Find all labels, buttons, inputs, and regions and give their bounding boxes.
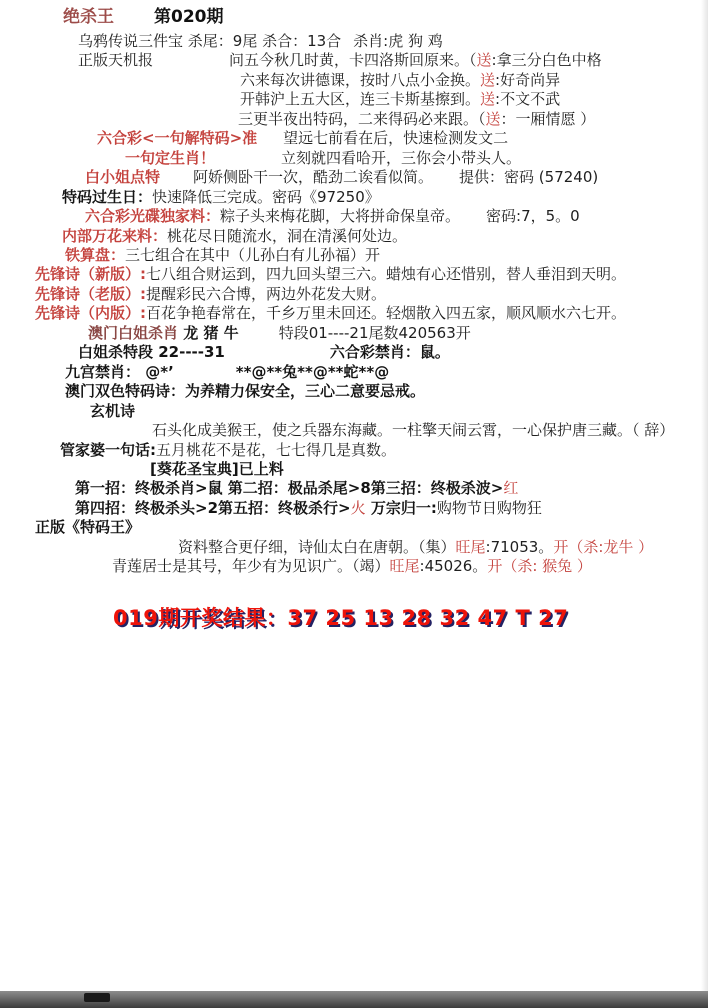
scan-edge-shadow: [701, 0, 708, 1008]
text-segment: 送: [480, 90, 495, 108]
text-segment: 送: [486, 110, 501, 128]
text-segment: 三七组合在其中（儿孙白有儿孙福）开: [125, 246, 380, 264]
text-segment: 开韩沪上五大区，连三卡斯基擦到。: [240, 90, 480, 108]
text-line: 特码过生日：快速降低三完成。密码《97250》: [0, 188, 708, 207]
text-segment: 提醒彩民六合博，两边外花发大财。: [146, 285, 386, 303]
text-segment: **@**兔**@**蛇**@: [236, 363, 389, 381]
text-segment: 正版《特码王》: [35, 518, 140, 536]
text-segment: 六合彩<一句解特码>准: [97, 129, 257, 147]
page-title: 绝杀王: [63, 7, 114, 27]
text-line: 先锋诗（新版）:七八组合财运到，四九回头望三六。蜡烛有心还惜别，替人垂泪到天明。: [0, 265, 708, 284]
text-segment: 为养精力保安全，三心二意要忌戒。: [185, 382, 425, 400]
text-line: 资料整合更仔细，诗仙太白在唐朝。（集）旺尾:71053。开（杀:龙牛 ）: [0, 538, 708, 557]
text-segment: 三更半夜出特码，二来得码必来跟。（: [238, 110, 486, 128]
text-segment: :拿三分白色中格: [492, 51, 602, 69]
text-segment: 杀肖:虎 狗 鸡: [353, 32, 443, 50]
text-segment: :71053。: [486, 538, 554, 556]
text-segment: ：一厢情愿 ）: [501, 110, 596, 128]
text-line: [葵花圣宝典]已上料: [0, 460, 708, 479]
text-line: 开韩沪上五大区，连三卡斯基擦到。送:不文不武: [0, 90, 708, 109]
text-segment: 石头化成美猴王，使之兵器东海藏。一柱擎天闹云霄，一心保护唐三藏。（ 辞）: [152, 421, 674, 439]
draw-result-text: 019期开奖结果：37 25 13 28 32 47 T 27: [113, 606, 568, 630]
text-segment: 购物节日购物狂: [437, 499, 542, 517]
text-line: 管家婆一句话:五月桃花不是花，七七得几是真数。: [0, 441, 708, 460]
text-segment: 正版天机报: [78, 51, 153, 69]
text-segment: 管家婆一句话:: [60, 441, 156, 459]
text-line: 白小姐点特阿娇侧卧干一次，酷劲二诶看似简。提供：密码 (57240): [0, 168, 708, 187]
text-line: 澳门双色特码诗：为养精力保安全，三心二意要忌戒。: [0, 382, 708, 401]
text-segment: 乌鸦传说三件宝 杀尾：9尾 杀合：13合: [78, 32, 341, 50]
text-segment: 密码:7，5。0: [486, 207, 580, 225]
text-line: 六来每次讲德课，按时八点小金换。送:好奇尚异: [0, 71, 708, 90]
spacer: [174, 376, 236, 377]
text-segment: 第一招：终极杀肖>鼠 第二招：极品杀尾>8第三招：终极杀波>: [75, 479, 503, 497]
text-segment: 桃花尽日随流水，洞在清溪何处边。: [167, 227, 407, 245]
text-line: 先锋诗（老版）:提醒彩民六合博，两边外花发大财。: [0, 285, 708, 304]
text-segment: 先锋诗（内版）:: [35, 304, 146, 322]
text-segment: 龙 猪 牛: [178, 324, 239, 342]
text-segment: 一句定生肖！: [125, 149, 215, 167]
scan-smudge: [84, 993, 110, 1002]
text-segment: 资料整合更仔细，诗仙太白在唐朝。（集）: [178, 538, 456, 556]
text-segment: 澳门双色特码诗：: [65, 382, 185, 400]
text-segment: 玄机诗: [90, 402, 135, 420]
footer-bar: [0, 991, 708, 1008]
spacer: [160, 181, 193, 182]
spacer: [239, 337, 279, 338]
text-line: 一句定生肖！立刻就四看哈开，三你会小带头人。: [0, 149, 708, 168]
text-segment: 先锋诗（老版）:: [35, 285, 146, 303]
text-segment: 六合彩光碟独家料：: [85, 207, 220, 225]
text-segment: 送: [480, 71, 495, 89]
spacer: [257, 142, 283, 143]
text-segment: :不文不武: [495, 90, 560, 108]
text-line: 青莲居士是其号，年少有为见识广。（竭）旺尾:45026。开（杀: 猴兔 ）: [0, 557, 708, 576]
text-segment: 白姐杀特段 22----31: [78, 343, 225, 361]
text-segment: 第四招：终极杀头>2第五招：终极杀行>: [75, 499, 351, 517]
text-segment: 白小姐点特: [85, 168, 160, 186]
text-segment: 望远七前看在后，快速检测发文二: [283, 129, 508, 147]
spacer: [460, 220, 486, 221]
text-segment: 七八组合财运到，四九回头望三六。蜡烛有心还惜别，替人垂泪到天明。: [146, 265, 626, 283]
text-segment: 红: [503, 479, 518, 497]
text-segment: 旺尾: [456, 538, 486, 556]
text-segment: 粽子头来梅花脚，大将拼命保皇帝。: [220, 207, 460, 225]
tip-sheet-document: 绝杀王第020期 乌鸦传说三件宝 杀尾：9尾 杀合：13合杀肖:虎 狗 鸡正版天…: [0, 4, 708, 630]
text-segment: 开: [553, 538, 568, 556]
text-segment: （杀: 猴兔 ）: [502, 557, 592, 575]
text-segment: 万宗归一:: [366, 499, 437, 517]
text-segment: 送: [477, 51, 492, 69]
text-segment: 六来每次讲德课，按时八点小金换。: [240, 71, 480, 89]
draw-result-line: 019期开奖结果：37 25 13 28 32 47 T 27: [0, 609, 708, 630]
text-segment: 旺尾: [390, 557, 420, 575]
text-segment: 九宫禁肖： @*’: [65, 363, 174, 381]
text-segment: 百花争艳春常在，千乡万里未回还。轻烟散入四五家，顺风顺水六七开。: [146, 304, 626, 322]
text-line: 正版天机报问五今秋几时黄，卡四洛斯回原来。（送:拿三分白色中格: [0, 51, 708, 70]
spacer: [153, 64, 229, 65]
page-title-line: 绝杀王第020期: [0, 4, 708, 30]
text-segment: :好奇尚异: [495, 71, 560, 89]
text-segment: :45026。: [420, 557, 488, 575]
text-segment: 内部万花来料：: [62, 227, 167, 245]
text-line: 先锋诗（内版）:百花争艳春常在，千乡万里未回还。轻烟散入四五家，顺风顺水六七开。: [0, 304, 708, 323]
text-segment: 立刻就四看哈开，三你会小带头人。: [281, 149, 521, 167]
text-segment: 问五今秋几时黄，卡四洛斯回原来。（: [229, 51, 477, 69]
text-line: 正版《特码王》: [0, 518, 708, 537]
text-line: 六合彩光碟独家料：粽子头来梅花脚，大将拼命保皇帝。密码:7，5。0: [0, 207, 708, 226]
text-segment: 提供：密码 (57240): [459, 168, 598, 186]
spacer: [225, 356, 330, 357]
text-line: 铁算盘：三七组合在其中（儿孙白有儿孙福）开: [0, 246, 708, 265]
text-segment: 快速降低三完成。密码《97250》: [152, 188, 380, 206]
text-line: 第四招：终极杀头>2第五招：终极杀行>火 万宗归一:购物节日购物狂: [0, 499, 708, 518]
text-line: 内部万花来料：桃花尽日随流水，洞在清溪何处边。: [0, 227, 708, 246]
text-segment: 特码过生日：: [62, 188, 152, 206]
text-line: 乌鸦传说三件宝 杀尾：9尾 杀合：13合杀肖:虎 狗 鸡: [0, 32, 708, 51]
text-line: 白姐杀特段 22----31六合彩禁肖：鼠。: [0, 343, 708, 362]
text-segment: 铁算盘：: [65, 246, 125, 264]
spacer: [215, 162, 281, 163]
text-segment: 澳门白姐杀肖: [88, 324, 178, 342]
text-line: 第一招：终极杀肖>鼠 第二招：极品杀尾>8第三招：终极杀波>红: [0, 479, 708, 498]
text-line: 石头化成美猴王，使之兵器东海藏。一柱擎天闹云霄，一心保护唐三藏。（ 辞）: [0, 421, 708, 440]
spacer: [433, 181, 459, 182]
text-segment: 先锋诗（新版）:: [35, 265, 146, 283]
text-segment: 五月桃花不是花，七七得几是真数。: [156, 441, 396, 459]
spacer: [341, 45, 353, 46]
text-segment: （杀:龙牛 ）: [568, 538, 653, 556]
text-segment: 青莲居士是其号，年少有为见识广。（竭）: [112, 557, 390, 575]
text-line: 九宫禁肖： @*’**@**兔**@**蛇**@: [0, 363, 708, 382]
text-line: 澳门白姐杀肖 龙 猪 牛特段01----21尾数420563开: [0, 324, 708, 343]
text-line: 玄机诗: [0, 402, 708, 421]
text-line: 三更半夜出特码，二来得码必来跟。（送：一厢情愿 ）: [0, 110, 708, 129]
text-segment: 六合彩禁肖：鼠。: [330, 343, 450, 361]
text-line: 六合彩<一句解特码>准望远七前看在后，快速检测发文二: [0, 129, 708, 148]
text-segment: 火: [351, 499, 366, 517]
issue-number: 第020期: [154, 7, 224, 27]
text-segment: [葵花圣宝典]已上料: [150, 460, 284, 478]
text-segment: 特段01----21尾数420563开: [279, 324, 471, 342]
text-segment: 阿娇侧卧干一次，酷劲二诶看似简。: [193, 168, 433, 186]
text-segment: 开: [487, 557, 502, 575]
